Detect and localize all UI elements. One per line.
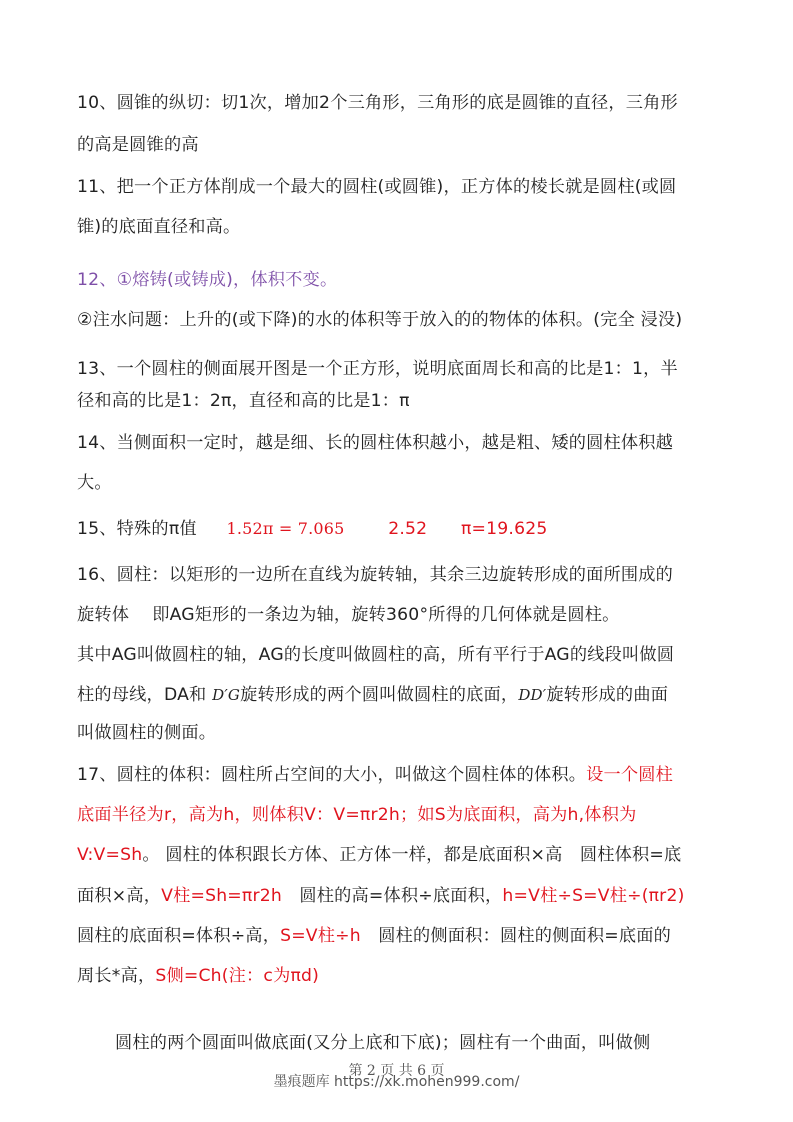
item-16-line-2: 旋转体 即AG矩形的一条边为轴，旋转360°所得的几何体就是圆柱。 xyxy=(77,600,620,625)
item-16-line-5: 叫做圆柱的侧面。 xyxy=(77,718,216,743)
math-dg: D′G xyxy=(212,686,240,704)
formula-highlight: 设一个圆柱 xyxy=(586,765,673,785)
item-14-line-1: 14、当侧面积一定时，越是细、长的圆柱体积越小，越是粗、矮的圆柱体积越 xyxy=(77,428,673,453)
item-16-line-3: 其中AG叫做圆柱的轴，AG的长度叫做圆柱的高，所有平行于AG的线段叫做圆 xyxy=(77,640,674,665)
text-segment: 圆柱的底面积=体积÷高， xyxy=(77,926,280,946)
text-segment: 旋转形成的两个圆叫做圆柱的底面， xyxy=(240,685,518,705)
text-segment: 。 圆柱的体积跟长方体、正方体一样，都是底面积×高 圆柱体积=底 xyxy=(142,845,681,865)
item-17-line-7: 圆柱的两个圆面叫做底面(又分上底和下底)；圆柱有一个曲面，叫做侧 xyxy=(115,1028,650,1053)
item-13-line-1: 13、一个圆柱的侧面展开图是一个正方形，说明底面周长和高的比是1：1，半 xyxy=(77,354,678,379)
item-16-line-4: 柱的母线，DA和 D′G旋转形成的两个圆叫做圆柱的底面，DD′旋转形成的曲面 xyxy=(77,680,668,705)
formula-highlight: V:V=Sh xyxy=(77,845,142,865)
item-17-line-6: 周长*高，S侧=Ch(注：c为πd) xyxy=(77,961,319,986)
item-11-line-1: 11、把一个正方体削成一个最大的圆柱(或圆锥)，正方体的棱长就是圆柱(或圆 xyxy=(77,172,676,197)
pi-value-3: π=19.625 xyxy=(461,519,548,539)
item-12-line-1: 12、①熔铸(或铸成)，体积不变。 xyxy=(77,265,337,290)
watermark-site: 墨痕题库 https://xk.mohen999.com/ xyxy=(0,1071,793,1091)
item-17-line-2: 底面半径为r，高为h，则体积V：V=πr2h；如S为底面积，高为h,体积为 xyxy=(77,800,636,825)
item-15-line: 15、特殊的π值 1.52π = 7.065 2.52 π=19.625 xyxy=(77,514,547,539)
item-13-line-2: 径和高的比是1：2π，直径和高的比是1：π xyxy=(77,386,410,411)
text-segment: 柱的母线，DA和 xyxy=(77,685,212,705)
text-segment: 周长*高， xyxy=(77,966,155,986)
item-17-line-1: 17、圆柱的体积：圆柱所占空间的大小，叫做这个圆柱体的体积。设一个圆柱 xyxy=(77,760,673,785)
pi-value-1: 1.52π = 7.065 xyxy=(226,519,344,538)
text-segment: 圆柱的侧面积：圆柱的侧面积=底面的 xyxy=(361,926,671,946)
item-12-line-2: ②注水问题：上升的(或下降)的水的体积等于放入的的物体的体积。(完全 浸没) xyxy=(77,305,682,330)
item-17-line-5: 圆柱的底面积=体积÷高，S=V柱÷h 圆柱的侧面积：圆柱的侧面积=底面的 xyxy=(77,921,671,946)
text-segment: 17、圆柱的体积：圆柱所占空间的大小，叫做这个圆柱体的体积。 xyxy=(77,765,586,785)
text-segment: 旋转形成的曲面 xyxy=(546,685,668,705)
item-17-line-4: 面积×高，V柱=Sh=πr2h 圆柱的高=体积÷底面积，h=V柱÷S=V柱÷(π… xyxy=(77,881,684,906)
formula-highlight: S侧=Ch(注：c为πd) xyxy=(155,966,319,986)
item-10-line-2: 的高是圆锥的高 xyxy=(77,130,199,155)
text-segment: 面积×高， xyxy=(77,886,161,906)
item-14-line-2: 大。 xyxy=(77,468,112,493)
item-11-line-2: 锥)的底面直径和高。 xyxy=(77,212,240,237)
formula-highlight: h=V柱÷S=V柱÷(πr2) xyxy=(502,886,684,906)
item-16-line-1: 16、圆柱：以矩形的一边所在直线为旋转轴，其余三边旋转形成的面所围成的 xyxy=(77,560,673,585)
item-15-label: 15、特殊的π值 xyxy=(77,519,197,539)
formula-highlight: S=V柱÷h xyxy=(280,926,361,946)
text-segment: 圆柱的高=体积÷底面积， xyxy=(282,886,502,906)
math-dd: DD′ xyxy=(518,686,546,704)
item-10-line-1: 10、圆锥的纵切：切1次，增加2个三角形，三角形的底是圆锥的直径，三角形 xyxy=(77,88,678,113)
pi-value-2: 2.52 xyxy=(388,519,427,539)
formula-highlight: V柱=Sh=πr2h xyxy=(161,886,282,906)
item-17-line-3: V:V=Sh。 圆柱的体积跟长方体、正方体一样，都是底面积×高 圆柱体积=底 xyxy=(77,840,681,865)
